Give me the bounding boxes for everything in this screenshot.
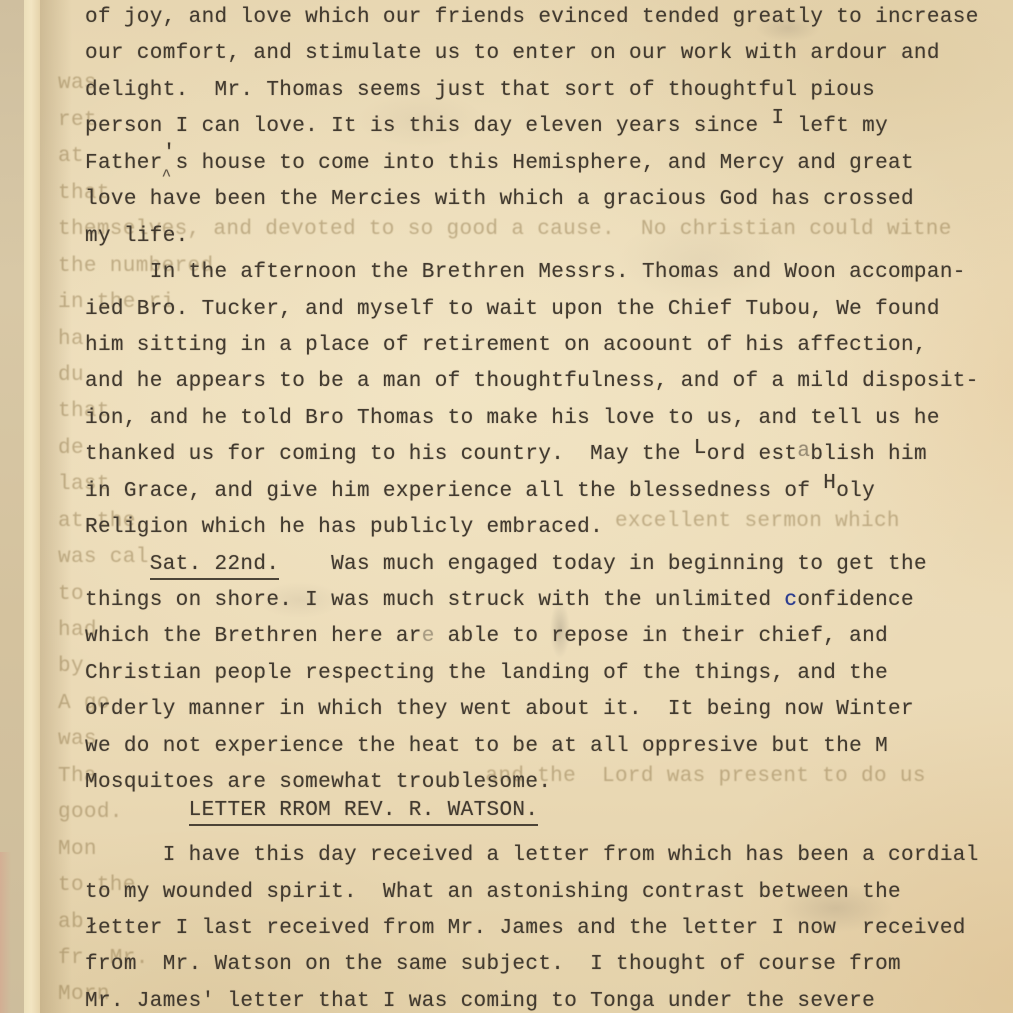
underlined-text: LETTER RROM REV. R. WATSON. <box>189 799 539 826</box>
text-segment: c <box>784 589 797 612</box>
text-segment <box>85 799 189 822</box>
typed-text-layer: of joy, and love which our friends evinc… <box>85 0 1013 1013</box>
text-line: Mr. James' letter that I was coming to T… <box>85 984 1013 1013</box>
text-segment: e <box>422 625 435 648</box>
text-line: things on shore. I was much struck with … <box>85 583 1013 619</box>
text-line: delight. Mr. Thomas seems just that sort… <box>85 73 1013 109</box>
text-segment: from Mr. Watson on the same subject. I t… <box>85 953 901 976</box>
text-segment: onfidence <box>797 589 914 612</box>
text-line: of joy, and love which our friends evinc… <box>85 0 1013 36</box>
text-segment: love have been the Mercies with which a … <box>85 188 914 211</box>
text-segment: him sitting in a place of retirement on … <box>85 334 927 357</box>
text-segment: łetter I last received from Mr. James an… <box>85 917 966 940</box>
text-line: orderly manner in which they went about … <box>85 692 1013 728</box>
underlined-text: Sat. 22nd. <box>150 553 280 580</box>
text-segment: we do not experience the heat to be at a… <box>85 735 888 758</box>
text-line: and he appears to be a man of thoughtful… <box>85 364 1013 400</box>
text-line: which the Brethren here are able to repo… <box>85 619 1013 655</box>
text-segment: Mr. James' letter that I was coming to T… <box>85 990 875 1013</box>
text-segment <box>85 553 150 576</box>
text-line: Religion which he has publicly embraced. <box>85 510 1013 546</box>
text-segment: delight. Mr. Thomas seems just that sort… <box>85 79 875 102</box>
text-segment: which the Brethren here ar <box>85 625 422 648</box>
text-line: in Grace, and give him experience all th… <box>85 474 1013 510</box>
text-line: ion, and he told Bro Thomas to make his … <box>85 401 1013 437</box>
text-segment: Father <box>85 152 163 175</box>
text-segment: thanked us for coming to his country. Ma… <box>85 443 694 466</box>
text-line: Father'^s house to come into this Hemisp… <box>85 146 1013 182</box>
text-line: LETTER RROM REV. R. WATSON. <box>85 793 1013 829</box>
text-segment: I <box>771 107 784 130</box>
text-segment: ied Bro. Tucker, and myself to wait upon… <box>85 298 940 321</box>
text-segment: person I can love. It is this day eleven… <box>85 115 771 138</box>
scanned-journal-page: { "palette": { "paper": "#e9d8b4", "ink"… <box>0 0 1013 1013</box>
text-line: Sat. 22nd. Was much engaged today in beg… <box>85 547 1013 583</box>
text-segment: Religion which he has publicly embraced. <box>85 516 603 539</box>
text-line: In the afternoon the Brethren Messrs. Th… <box>85 255 1013 291</box>
text-line: Christian people respecting the landing … <box>85 656 1013 692</box>
text-line: my life. <box>85 219 1013 255</box>
text-segment: able to repose in their chief, and <box>435 625 888 648</box>
text-segment: Mosquitoes are somewhat troublesome. <box>85 771 551 794</box>
page-fold-highlight <box>24 0 40 1013</box>
text-segment: I have this day received a letter from w… <box>85 844 979 867</box>
text-segment: Christian people respecting the landing … <box>85 662 888 685</box>
text-line: from Mr. Watson on the same subject. I t… <box>85 947 1013 983</box>
text-line: we do not experience the heat to be at a… <box>85 729 1013 765</box>
text-segment: H <box>823 472 836 495</box>
text-segment: my life. <box>85 225 189 248</box>
text-line: łetter I last received from Mr. James an… <box>85 911 1013 947</box>
text-segment: orderly manner in which they went about … <box>85 698 914 721</box>
text-line: person I can love. It is this day eleven… <box>85 109 1013 145</box>
text-segment: of joy, and love which our friends evinc… <box>85 6 979 29</box>
text-line: to my wounded spirit. What an astonishin… <box>85 875 1013 911</box>
text-segment: things on shore. I was much struck with … <box>85 589 784 612</box>
text-segment: s house to come into this Hemisphere, an… <box>176 152 914 175</box>
text-segment: left my <box>784 115 888 138</box>
text-segment: in Grace, and give him experience all th… <box>85 480 823 503</box>
text-segment: L <box>694 437 707 460</box>
text-segment: In the afternoon the Brethren Messrs. Th… <box>85 261 966 284</box>
text-segment: and he appears to be a man of thoughtful… <box>85 370 979 393</box>
text-segment: blish him <box>810 443 927 466</box>
text-line: him sitting in a place of retirement on … <box>85 328 1013 364</box>
text-line: our comfort, and stimulate us to enter o… <box>85 36 1013 72</box>
text-line: thanked us for coming to his country. Ma… <box>85 437 1013 473</box>
text-segment: ord est <box>707 443 798 466</box>
text-line: I have this day received a letter from w… <box>85 838 1013 874</box>
text-segment: our comfort, and stimulate us to enter o… <box>85 42 940 65</box>
text-line: love have been the Mercies with which a … <box>85 182 1013 218</box>
text-segment: ion, and he told Bro Thomas to make his … <box>85 407 940 430</box>
text-segment: to my wounded spirit. What an astonishin… <box>85 881 901 904</box>
text-segment: a <box>797 440 810 463</box>
text-segment: Was much engaged today in beginning to g… <box>279 553 927 576</box>
text-segment: ' <box>163 142 176 165</box>
text-line: ied Bro. Tucker, and myself to wait upon… <box>85 292 1013 328</box>
text-segment: oly <box>836 480 875 503</box>
bottom-left-pink-edge <box>0 852 11 1013</box>
